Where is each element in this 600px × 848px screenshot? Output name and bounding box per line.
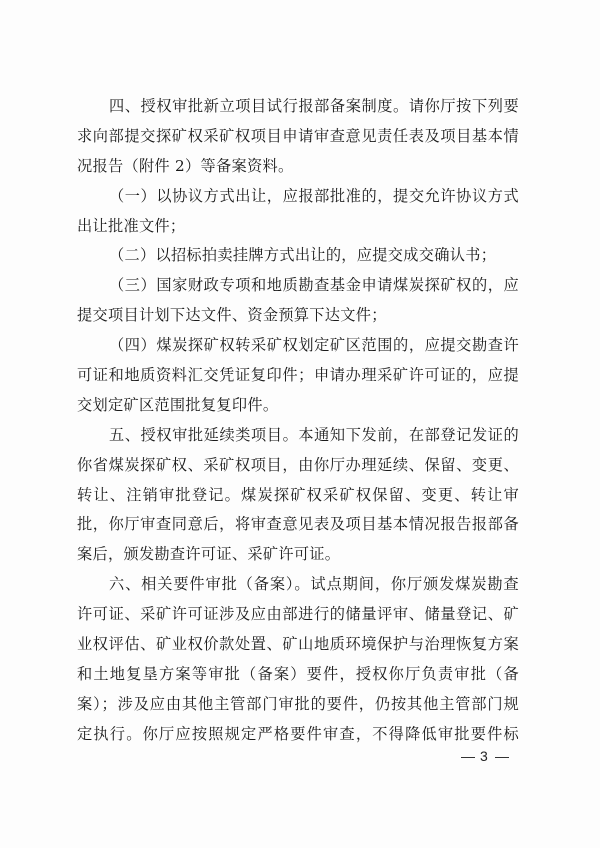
section-4-item-4-line-3: 交划定矿区范围批复复印件。 bbox=[77, 391, 519, 421]
section-4-item-1-line-2: 出让批准文件； bbox=[77, 212, 519, 242]
section-6-line-4: 和土地复垦方案等审批（备案）要件，授权你厅负责审批（备 bbox=[77, 660, 519, 690]
section-6-line-5: 案）；涉及应由其他主管部门审批的要件，仍按其他主管部门规 bbox=[77, 690, 519, 720]
section-6-line-2: 许可证、采矿许可证涉及应由部进行的储量评审、储量登记、矿 bbox=[77, 600, 519, 630]
section-4-item-1-line-1: （一）以协议方式出让，应报部批准的，提交允许协议方式 bbox=[77, 182, 519, 212]
section-5-line-4: 批，你厅审查同意后，将审查意见表及项目基本情况报告报部备 bbox=[77, 510, 519, 540]
page-number: 3 bbox=[456, 748, 514, 764]
section-5-line-2: 你省煤炭探矿权、采矿权项目，由你厅办理延续、保留、变更、 bbox=[77, 451, 519, 481]
section-6-line-3: 业权评估、矿业权价款处置、矿山地质环境保护与治理恢复方案 bbox=[77, 630, 519, 660]
section-4-line-1: 四、授权审批新立项目试行报部备案制度。请你厅按下列要 bbox=[77, 92, 519, 122]
section-4-line-2: 求向部提交探矿权采矿权项目申请审查意见责任表及项目基本情 bbox=[77, 122, 519, 152]
section-5-line-1: 五、授权审批延续类项目。本通知下发前，在部登记发证的 bbox=[77, 421, 519, 451]
section-4-item-4-line-1: （四）煤炭探矿权转采矿权划定矿区范围的，应提交勘查许 bbox=[77, 331, 519, 361]
section-6-line-1: 六、相关要件审批（备案）。试点期间，你厅颁发煤炭勘查 bbox=[77, 570, 519, 600]
document-body: 四、授权审批新立项目试行报部备案制度。请你厅按下列要 求向部提交探矿权采矿权项目… bbox=[77, 92, 519, 750]
section-6-line-6: 定执行。你厅应按照规定严格要件审查，不得降低审批要件标 bbox=[77, 720, 519, 750]
section-4-item-3-line-2: 提交项目计划下达文件、资金预算下达文件； bbox=[77, 301, 519, 331]
page-number-dash-right bbox=[495, 757, 509, 758]
section-5-line-3: 转让、注销审批登记。煤炭探矿权采矿权保留、变更、转让审 bbox=[77, 481, 519, 511]
page-number-dash-left bbox=[461, 757, 475, 758]
section-4-line-3: 况报告（附件 2）等备案资料。 bbox=[77, 152, 519, 182]
section-4-item-3-line-1: （三）国家财政专项和地质勘查基金申请煤炭探矿权的，应 bbox=[77, 271, 519, 301]
section-4-item-4-line-2: 可证和地质资料汇交凭证复印件；申请办理采矿许可证的，应提 bbox=[77, 361, 519, 391]
page-number-value: 3 bbox=[480, 748, 490, 764]
section-5-line-5: 案后，颁发勘查许可证、采矿许可证。 bbox=[77, 540, 519, 570]
section-4-item-2-line-1: （二）以招标拍卖挂牌方式出让的，应提交成交确认书； bbox=[77, 241, 519, 271]
document-page: 四、授权审批新立项目试行报部备案制度。请你厅按下列要 求向部提交探矿权采矿权项目… bbox=[0, 0, 600, 848]
